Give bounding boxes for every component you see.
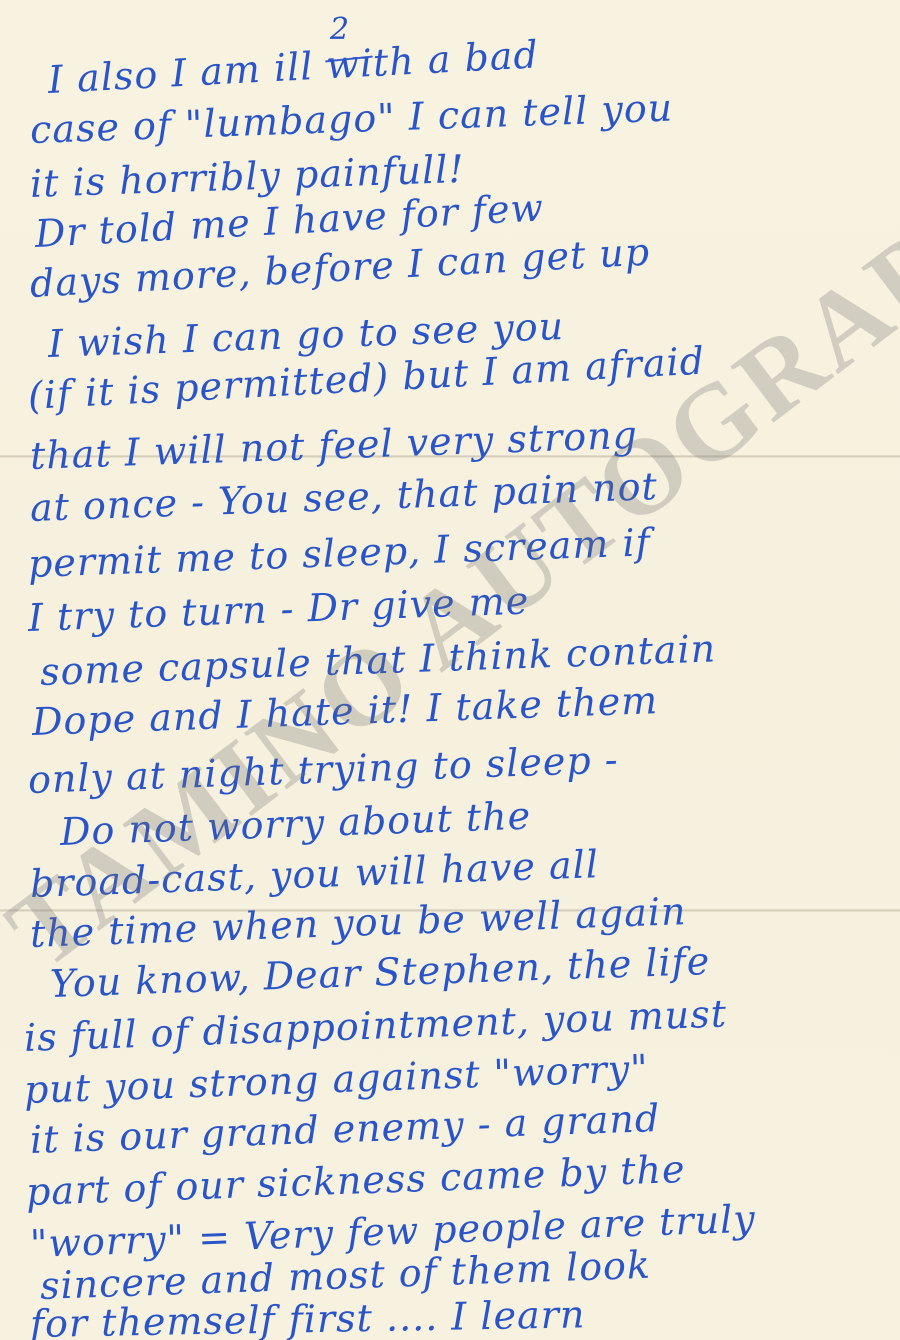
letter-page: 2 I also I am ill with a bad case of "lu…: [0, 0, 900, 1340]
handwritten-line: I also I am ill with a bad: [47, 32, 540, 102]
